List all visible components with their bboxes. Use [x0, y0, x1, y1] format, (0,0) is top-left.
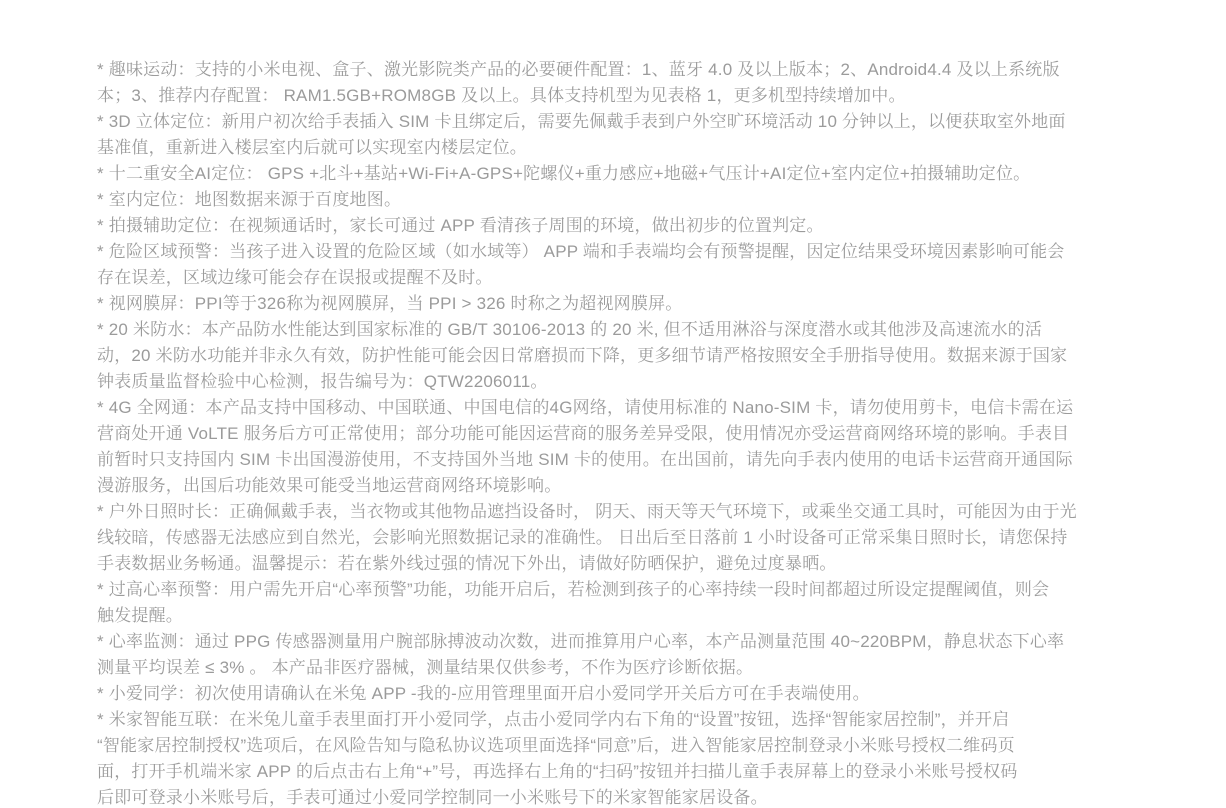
- note-item-camera-assisted-positioning: * 拍摄辅助定位：在视频通话时，家长可通过 APP 看清孩子周围的环境，做出初步…: [97, 213, 1139, 239]
- note-line: * 米家智能互联：在米兔儿童手表里面打开小爱同学，点击小爱同学内右下角的“设置”…: [97, 707, 1139, 733]
- note-line: 测量平均误差 ≤ 3% 。 本产品非医疗器械，测量结果仅供参考，不作为医疗诊断依…: [97, 655, 1139, 681]
- note-line: * 小爱同学：初次使用请确认在米兔 APP -我的-应用管理里面开启小爱同学开关…: [97, 681, 1139, 707]
- note-item-indoor-positioning: * 室内定位：地图数据来源于百度地图。: [97, 187, 1139, 213]
- note-line: * 趣味运动：支持的小米电视、盒子、激光影院类产品的必要硬件配置：1、蓝牙 4.…: [97, 57, 1139, 83]
- note-line: 前暂时只支持国内 SIM 卡出国漫游使用，不支持国外当地 SIM 卡的使用。在出…: [97, 447, 1139, 473]
- note-line: * 20 米防水：本产品防水性能达到国家标准的 GB/T 30106-2013 …: [97, 317, 1139, 343]
- note-item-heart-rate-monitoring: * 心率监测：通过 PPG 传感器测量用户腕部脉搏波动次数，进而推算用户心率，本…: [97, 629, 1139, 681]
- note-item-retina-screen: * 视网膜屏：PPI等于326称为视网膜屏，当 PPI > 326 时称之为超视…: [97, 291, 1139, 317]
- note-line: 手表数据业务畅通。温馨提示：若在紫外线过强的情况下外出，请做好防晒保护，避免过度…: [97, 551, 1139, 577]
- note-item-water-resistance: * 20 米防水：本产品防水性能达到国家标准的 GB/T 30106-2013 …: [97, 317, 1139, 395]
- note-line: * 十二重安全AI定位： GPS +北斗+基站+Wi-Fi+A-GPS+陀螺仪+…: [97, 161, 1139, 187]
- note-item-sunlight-duration: * 户外日照时长：正确佩戴手表，当衣物或其他物品遮挡设备时， 阴天、雨天等天气环…: [97, 499, 1139, 577]
- note-item-danger-zone-alert: * 危险区域预警：当孩子进入设置的危险区域（如水域等） APP 端和手表端均会有…: [97, 239, 1139, 291]
- note-item-ai-positioning: * 十二重安全AI定位： GPS +北斗+基站+Wi-Fi+A-GPS+陀螺仪+…: [97, 161, 1139, 187]
- note-line: 面，打开手机端米家 APP 的后点击右上角“+”号，再选择右上角的“扫码”按钮并…: [97, 759, 1139, 785]
- note-line: * 3D 立体定位：新用户初次给手表插入 SIM 卡且绑定后，需要先佩戴手表到户…: [97, 109, 1139, 135]
- notes-text-block: * 趣味运动：支持的小米电视、盒子、激光影院类产品的必要硬件配置：1、蓝牙 4.…: [97, 57, 1139, 808]
- note-line: * 4G 全网通：本产品支持中国移动、中国联通、中国电信的4G网络，请使用标准的…: [97, 395, 1139, 421]
- product-notes-page: * 趣味运动：支持的小米电视、盒子、激光影院类产品的必要硬件配置：1、蓝牙 4.…: [0, 0, 1226, 808]
- note-line: 存在误差，区域边缘可能会存在误报或提醒不及时。: [97, 265, 1139, 291]
- note-line: 线较暗，传感器无法感应到自然光，会影响光照数据记录的准确性。 日出后至日落前 1…: [97, 525, 1139, 551]
- note-line: 营商处开通 VoLTE 服务后方可正常使用；部分功能可能因运营商的服务差异受限，…: [97, 421, 1139, 447]
- note-line: * 心率监测：通过 PPG 传感器测量用户腕部脉搏波动次数，进而推算用户心率，本…: [97, 629, 1139, 655]
- note-item-xiaoai-assistant: * 小爱同学：初次使用请确认在米兔 APP -我的-应用管理里面开启小爱同学开关…: [97, 681, 1139, 707]
- note-line: 钟表质量监督检验中心检测，报告编号为：QTW2206011。: [97, 369, 1139, 395]
- note-item-fun-sports: * 趣味运动：支持的小米电视、盒子、激光影院类产品的必要硬件配置：1、蓝牙 4.…: [97, 57, 1139, 109]
- note-item-high-heart-rate-alert: * 过高心率预警：用户需先开启“心率预警”功能，功能开启后，若检测到孩子的心率持…: [97, 577, 1139, 629]
- note-line: * 拍摄辅助定位：在视频通话时，家长可通过 APP 看清孩子周围的环境，做出初步…: [97, 213, 1139, 239]
- note-line: * 视网膜屏：PPI等于326称为视网膜屏，当 PPI > 326 时称之为超视…: [97, 291, 1139, 317]
- note-item-4g-network: * 4G 全网通：本产品支持中国移动、中国联通、中国电信的4G网络，请使用标准的…: [97, 395, 1139, 499]
- note-line: “智能家居控制授权”选项后，在风险告知与隐私协议选项里面选择“同意”后，进入智能…: [97, 733, 1139, 759]
- note-item-3d-positioning: * 3D 立体定位：新用户初次给手表插入 SIM 卡且绑定后，需要先佩戴手表到户…: [97, 109, 1139, 161]
- note-line: 基准值，重新进入楼层室内后就可以实现室内楼层定位。: [97, 135, 1139, 161]
- note-item-mijia-smart-home: * 米家智能互联：在米兔儿童手表里面打开小爱同学，点击小爱同学内右下角的“设置”…: [97, 707, 1139, 808]
- note-line: 触发提醒。: [97, 603, 1139, 629]
- note-line: * 过高心率预警：用户需先开启“心率预警”功能，功能开启后，若检测到孩子的心率持…: [97, 577, 1139, 603]
- note-line: * 室内定位：地图数据来源于百度地图。: [97, 187, 1139, 213]
- note-line: * 危险区域预警：当孩子进入设置的危险区域（如水域等） APP 端和手表端均会有…: [97, 239, 1139, 265]
- note-line: 漫游服务，出国后功能效果可能受当地运营商网络环境影响。: [97, 473, 1139, 499]
- note-line: * 户外日照时长：正确佩戴手表，当衣物或其他物品遮挡设备时， 阴天、雨天等天气环…: [97, 499, 1139, 525]
- note-line: 后即可登录小米账号后，手表可通过小爱同学控制同一小米账号下的米家智能家居设备。: [97, 785, 1139, 808]
- note-line: 本；3、推荐内存配置： RAM1.5GB+ROM8GB 及以上。具体支持机型为见…: [97, 83, 1139, 109]
- note-line: 动，20 米防水功能并非永久有效，防护性能可能会因日常磨损而下降，更多细节请严格…: [97, 343, 1139, 369]
